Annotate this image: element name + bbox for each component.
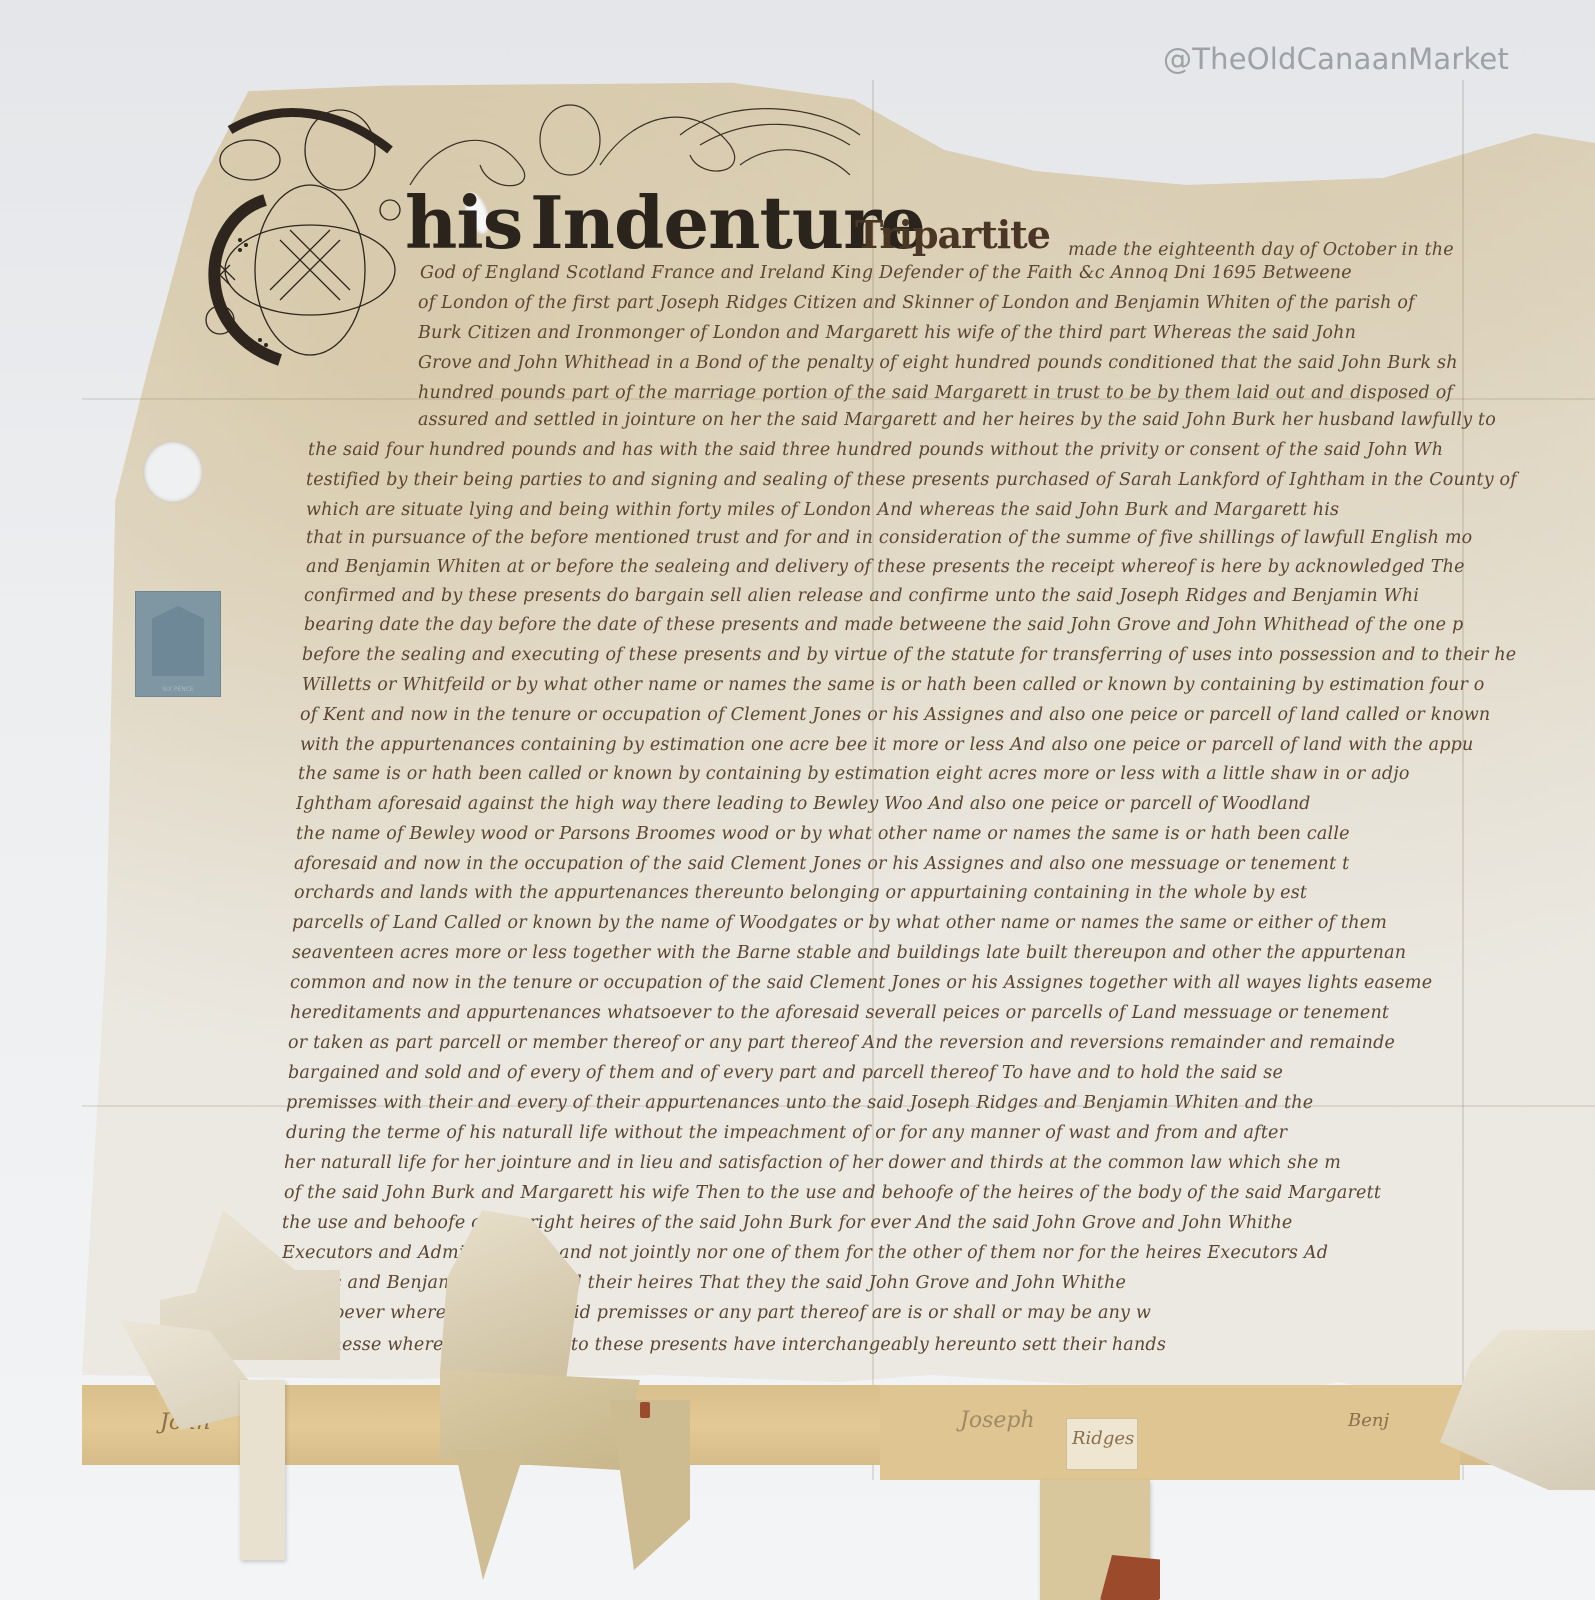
body-line: during the terme of his naturall life wi… [286,1123,1595,1143]
body-line: premisses with their and every of their … [286,1093,1595,1113]
body-line: orchards and lands with the appurtenance… [294,883,1595,903]
signature: Benj [1348,1410,1389,1431]
signature: Ridges [1072,1428,1134,1449]
body-line: made the eighteenth day of October in th… [1068,240,1595,260]
body-line: the name of Bewley wood or Parsons Broom… [296,824,1595,844]
body-line: her naturall life for her jointure and i… [284,1153,1595,1173]
body-line: God of England Scotland France and Irela… [420,263,1595,283]
seal-tag-strip [240,1380,285,1560]
body-line: Willetts or Whitfeild or by what other n… [302,675,1595,695]
body-line: Grove and John Whithead in a Bond of the… [418,353,1595,373]
body-line: testified by their being parties to and … [306,470,1595,490]
wax-seal [640,1402,650,1418]
body-line: hereditaments and appurtenances whatsoev… [290,1003,1595,1023]
body-line: or taken as part parcell or member there… [288,1033,1595,1053]
body-line: the same is or hath been called or known… [298,764,1595,784]
body-line: hundred pounds part of the marriage port… [418,383,1595,403]
body-line: bearing date the day before the date of … [304,615,1595,635]
body-line: confirmed and by these presents do barga… [304,586,1595,606]
body-line: aforesaid and now in the occupation of t… [294,854,1595,874]
body-line: assured and settled in jointure on her t… [418,410,1595,430]
body-line: of the said John Burk and Margarett his … [284,1183,1595,1203]
body-line: and Benjamin Whiten at or before the sea… [306,557,1595,577]
indenture-body: made the eighteenth day of October in th… [0,0,1595,1600]
body-line: seaventeen acres more or less together w… [292,943,1595,963]
body-line: of Kent and now in the tenure or occupat… [300,705,1595,725]
body-line: with the appurtenances containing by est… [300,735,1595,755]
body-line: Burk Citizen and Ironmonger of London an… [418,323,1595,343]
body-line: parcells of Land Called or known by the … [292,913,1595,933]
body-line: of London of the first part Joseph Ridge… [418,293,1595,313]
body-line: the said four hundred pounds and has wit… [308,440,1595,460]
body-line: that in pursuance of the before mentione… [306,528,1595,548]
body-line: before the sealing and executing of thes… [302,645,1595,665]
body-line: Ightham aforesaid against the high way t… [296,794,1595,814]
body-line: which are situate lying and being within… [306,500,1595,520]
body-line: bargained and sold and of every of them … [288,1063,1595,1083]
body-line: common and now in the tenure or occupati… [290,973,1595,993]
signature: Joseph [960,1408,1035,1433]
